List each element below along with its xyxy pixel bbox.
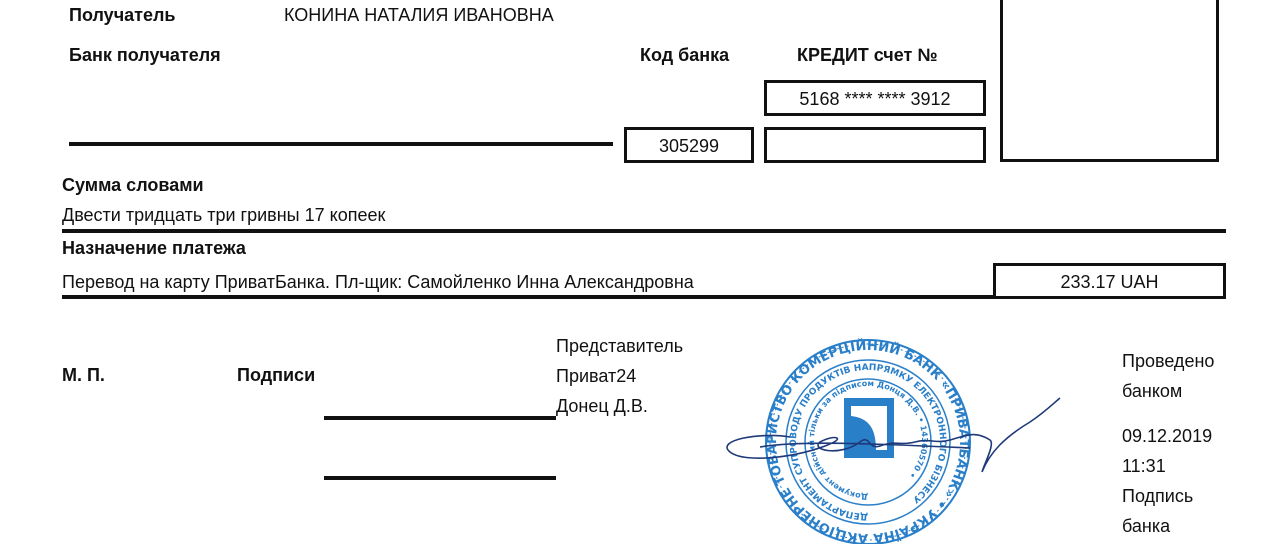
bank-code-label: Код банка	[640, 45, 729, 66]
amount-words-value: Двести тридцать три гривны 17 копеек	[62, 205, 385, 226]
processed-time: 11:31	[1122, 456, 1166, 477]
bank-stamp-icon: АКЦІОНЕРНЕ ТОВАРИСТВО КОМЕРЦІЙНИЙ БАНК «…	[720, 322, 1065, 544]
bank-signature-label-2: банка	[1122, 516, 1170, 537]
amount-box: 233.17 UAH	[993, 263, 1226, 299]
bank-name-line	[69, 142, 613, 146]
credit-account-box: 5168 **** **** 3912	[764, 80, 986, 116]
signature-line-1	[324, 416, 556, 420]
bank-signature-label-1: Подпись	[1122, 486, 1193, 507]
credit-account-value: 5168 **** **** 3912	[767, 89, 983, 110]
signature-line-2	[324, 476, 556, 480]
purpose-line	[62, 295, 996, 299]
bank-code-box: 305299	[624, 127, 754, 163]
signatures-label: Подписи	[237, 365, 315, 386]
purpose-label: Назначение платежа	[62, 238, 246, 259]
bank-code-value: 305299	[627, 136, 751, 157]
bank-label: Банк получателя	[69, 45, 221, 66]
amount-words-line	[62, 229, 1226, 233]
representative-line-1: Представитель	[556, 336, 683, 357]
representative-line-3: Донец Д.В.	[556, 396, 648, 417]
credit-account-label: КРЕДИТ счет №	[797, 45, 937, 66]
purpose-value: Перевод на карту ПриватБанка. Пл-щик: Са…	[62, 272, 694, 293]
processed-date: 09.12.2019	[1122, 426, 1212, 447]
processed-line-2: банком	[1122, 381, 1182, 402]
recipient-label: Получатель	[69, 5, 175, 26]
seal-place-label: М. П.	[62, 365, 105, 386]
credit-account-box-2	[764, 127, 986, 163]
representative-line-2: Приват24	[556, 366, 636, 387]
amount-value: 233.17 UAH	[996, 272, 1223, 293]
recipient-name: КОНИНА НАТАЛИЯ ИВАНОВНА	[284, 5, 554, 26]
amount-words-label: Сумма словами	[62, 175, 204, 196]
processed-line-1: Проведено	[1122, 351, 1214, 372]
debit-box	[1000, 0, 1219, 162]
